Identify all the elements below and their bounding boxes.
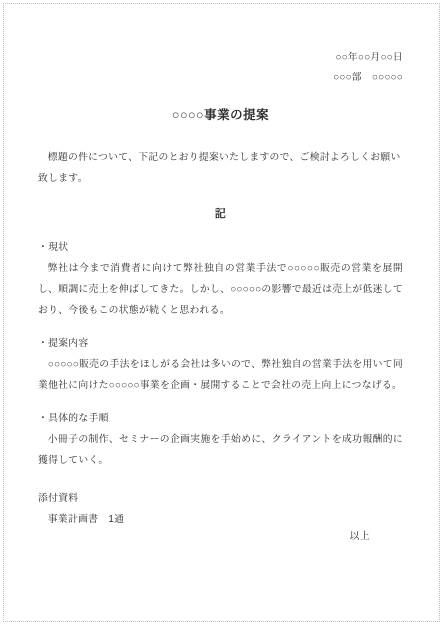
section-proposal-content: ・提案内容 ○○○○○販売の手法をほしがる会社は多いので、弊社独自の営業手法を用… [38,334,403,396]
section-heading: ・具体的な手順 [38,409,403,429]
section-current-status: ・現状 弊社は今まで消費者に向けて弊社独自の営業手法で○○○○○販売の営業を展開… [38,238,403,321]
sender-line: ○○○部 ○○○○○ [38,68,403,88]
date-line: ○○年○○月○○日 [38,48,403,68]
record-marker: 記 [38,204,403,225]
section-heading: ・提案内容 [38,334,403,354]
section-body: 小冊子の制作、セミナーの企画実施を手始めに、クライアントを成功報酬的に獲得してい… [38,429,403,471]
document-header: ○○年○○月○○日 ○○○部 ○○○○○ [38,48,403,88]
section-body: 弊社は今まで消費者に向けて弊社独自の営業手法で○○○○○販売の営業を展開し、順調… [38,258,403,321]
document-title: ○○○○事業の提案 [38,105,403,126]
section-heading: ・現状 [38,238,403,258]
document-page: ○○年○○月○○日 ○○○部 ○○○○○ ○○○○事業の提案 標題の件について、… [0,0,443,625]
attachments-block: 添付資料 事業計画書 1通 [38,488,403,530]
document-content: ○○年○○月○○日 ○○○部 ○○○○○ ○○○○事業の提案 標題の件について、… [38,48,403,547]
greeting-paragraph: 標題の件について、下記のとおり提案いたしますので、ご検討よろしくお願い致します。 [38,147,403,189]
attachments-label: 添付資料 [38,488,403,509]
section-body: ○○○○○販売の手法をほしがる会社は多いので、弊社独自の営業手法を用いて同業他社… [38,354,403,396]
section-concrete-steps: ・具体的な手順 小冊子の制作、セミナーの企画実施を手始めに、クライアントを成功報… [38,409,403,471]
